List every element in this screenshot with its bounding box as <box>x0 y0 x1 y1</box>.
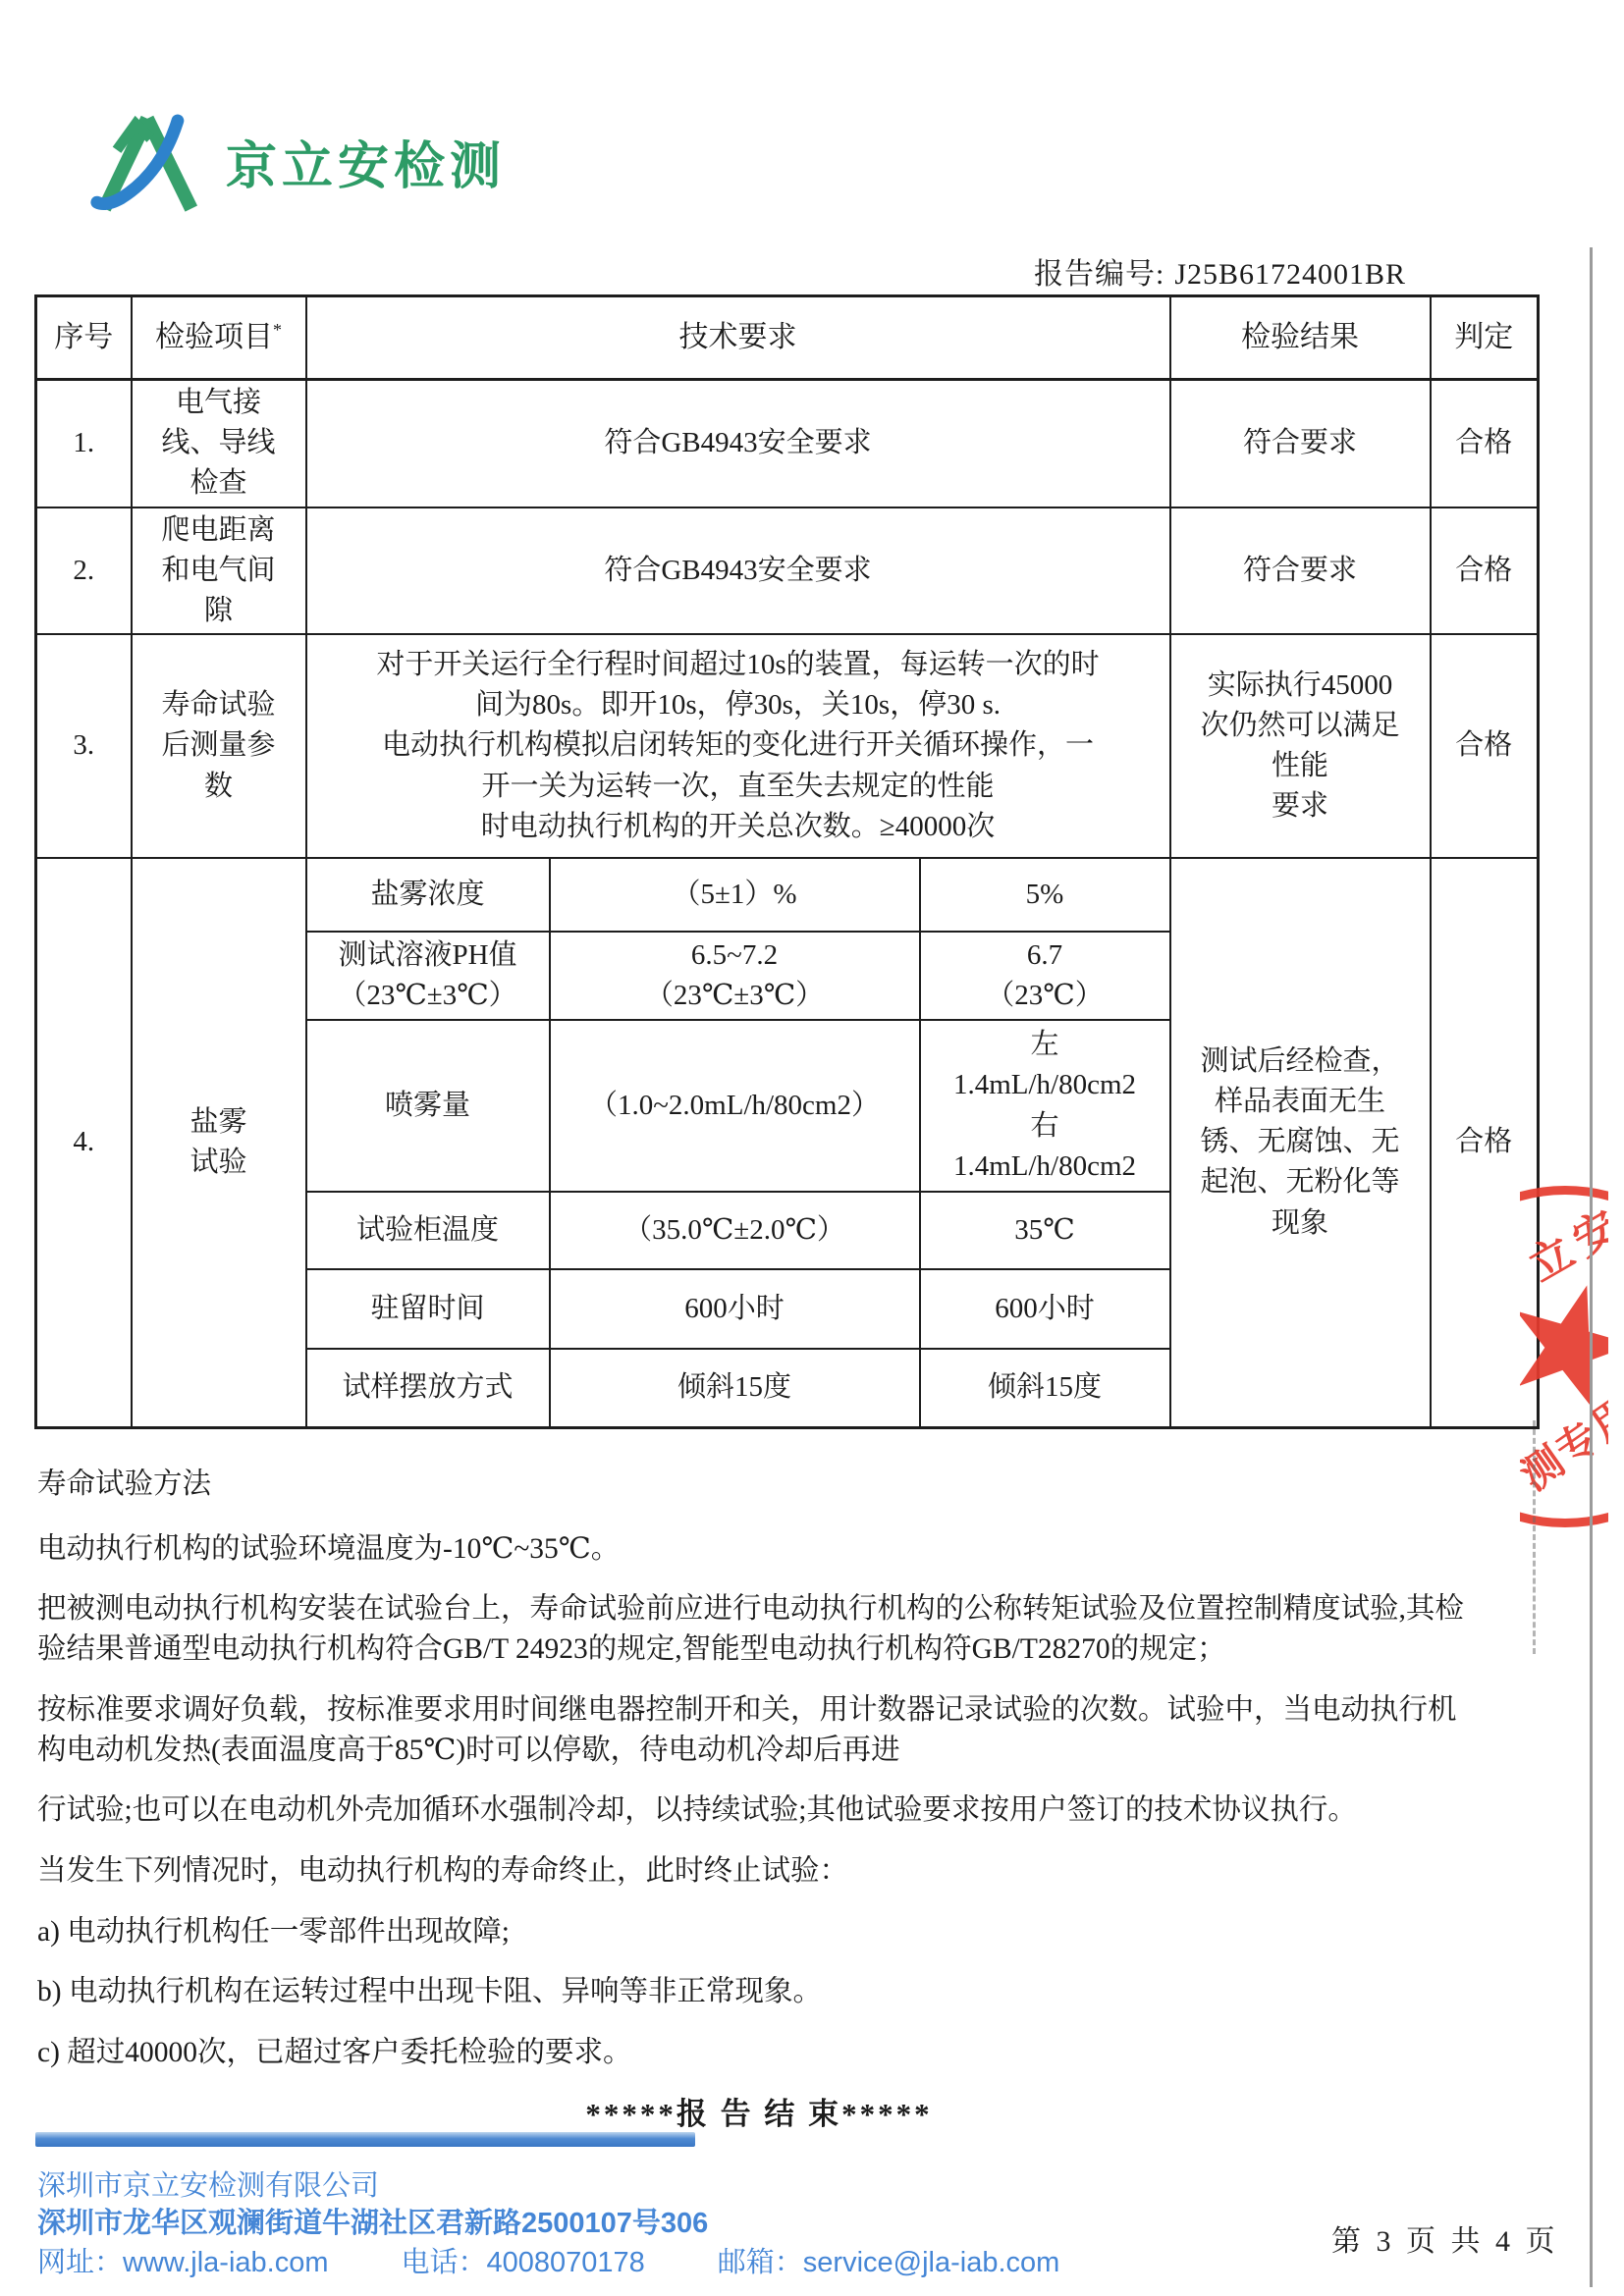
life-test-method-notes: 寿命试验方法 电动执行机构的试验环境温度为-10℃~35℃。 把被测电动执行机构… <box>37 1465 1481 2136</box>
scan-fold-line <box>1533 1420 1536 1654</box>
results-table: 序号 检验项目* 技术要求 检验结果 判定 1. 电气接 线、导线 检查 符合G… <box>34 294 1540 1429</box>
footer-contacts: 网址：www.jla-iab.com 电话：4008070178 邮箱：serv… <box>37 2240 1059 2280</box>
cell-seq: 1. <box>36 380 132 507</box>
footer-company-name: 深圳市京立安检测有限公司 <box>37 2163 379 2204</box>
report-number: 报告编号:J25B61724001BR <box>1034 249 1406 293</box>
report-end-marker: *****报 告 结 束***** <box>37 2094 1481 2136</box>
table-row: 1. 电气接 线、导线 检查 符合GB4943安全要求 符合要求 合格 <box>36 380 1539 507</box>
cell-verdict: 合格 <box>1431 507 1539 635</box>
footer-divider-bar <box>35 2132 695 2147</box>
cell-sub-requirement: 倾斜15度 <box>550 1349 920 1427</box>
table-row: 3. 寿命试验 后测量参 数 对于开关运行全行程时间超过10s的装置，每运转一次… <box>36 634 1539 858</box>
footer-phone: 电话：4008070178 <box>402 2240 645 2280</box>
notes-paragraph: 当发生下列情况时，电动执行机构的寿命终止，此时终止试验： <box>37 1851 1481 1892</box>
cell-sub-param: 盐雾浓度 <box>306 858 550 932</box>
cell-sub-requirement: （5±1）% <box>550 858 920 932</box>
report-number-label: 报告编号: <box>1034 258 1164 291</box>
page-number: 第 3 页 共 4 页 <box>1331 2216 1559 2260</box>
cell-sub-measured: 600小时 <box>920 1269 1170 1349</box>
cell-verdict: 合格 <box>1431 858 1539 1427</box>
cell-item: 盐雾 试验 <box>132 858 306 1427</box>
notes-paragraph: 行试验;也可以在电动机外壳加循环水强制冷却，以持续试验;其他试验要求按用户签订的… <box>37 1790 1481 1831</box>
cell-sub-param: 驻留时间 <box>306 1269 550 1349</box>
cell-requirement: 符合GB4943安全要求 <box>306 507 1170 635</box>
notes-paragraph: 把被测电动执行机构安装在试验台上，寿命试验前应进行电动执行机构的公称转矩试验及位… <box>37 1589 1481 1669</box>
cell-item: 寿命试验 后测量参 数 <box>132 634 306 858</box>
report-page: 京立安检测 报告编号:J25B61724001BR 序号 检验项目* 技术要求 … <box>0 0 1624 2296</box>
notes-title: 寿命试验方法 <box>37 1465 1481 1505</box>
cell-sub-requirement: 6.5~7.2 （23℃±3℃） <box>550 932 920 1020</box>
cell-seq: 4. <box>36 858 132 1427</box>
cell-sub-requirement: 600小时 <box>550 1269 920 1349</box>
cell-sub-requirement: （1.0~2.0mL/h/80cm2） <box>550 1020 920 1192</box>
cell-sub-param: 喷雾量 <box>306 1020 550 1192</box>
company-logo: 京立安检测 <box>88 106 506 216</box>
footer-website: 网址：www.jla-iab.com <box>37 2240 329 2280</box>
cell-seq: 3. <box>36 634 132 858</box>
col-header-verdict: 判定 <box>1431 296 1539 380</box>
cell-item: 爬电距离 和电气间 隙 <box>132 507 306 635</box>
col-header-requirement: 技术要求 <box>306 296 1170 380</box>
col-header-item: 检验项目* <box>132 296 306 380</box>
cell-requirement: 符合GB4943安全要求 <box>306 380 1170 507</box>
cell-requirement: 对于开关运行全行程时间超过10s的装置，每运转一次的时 间为80s。即开10s，… <box>306 634 1170 858</box>
notes-paragraph: c) 超过40000次，已超过客户委托检验的要求。 <box>37 2033 1481 2073</box>
cell-result: 符合要求 <box>1170 380 1431 507</box>
item-footnote-mark: * <box>273 320 282 340</box>
cell-sub-measured: 5% <box>920 858 1170 932</box>
notes-paragraph: 电动执行机构的试验环境温度为-10℃~35℃。 <box>37 1529 1481 1570</box>
col-header-seq: 序号 <box>36 296 132 380</box>
report-number-value: J25B61724001BR <box>1174 258 1406 291</box>
cell-seq: 2. <box>36 507 132 635</box>
cell-verdict: 合格 <box>1431 380 1539 507</box>
cell-sub-param: 试验柜温度 <box>306 1192 550 1269</box>
table-row: 2. 爬电距离 和电气间 隙 符合GB4943安全要求 符合要求 合格 <box>36 507 1539 635</box>
cell-sub-measured: 35℃ <box>920 1192 1170 1269</box>
cell-result: 实际执行45000 次仍然可以满足 性能 要求 <box>1170 634 1431 858</box>
table-row: 4. 盐雾 试验 盐雾浓度 （5±1）% 5% 测试后经检查， 样品表面无生 锈… <box>36 858 1539 932</box>
cell-sub-measured: 左 1.4mL/h/80cm2 右 1.4mL/h/80cm2 <box>920 1020 1170 1192</box>
cell-verdict: 合格 <box>1431 634 1539 858</box>
cell-sub-measured: 6.7 （23℃） <box>920 932 1170 1020</box>
cell-result: 测试后经检查， 样品表面无生 锈、无腐蚀、无 起泡、无粉化等 现象 <box>1170 858 1431 1427</box>
notes-paragraph: b) 电动执行机构在运转过程中出现卡阻、异响等非正常现象。 <box>37 1972 1481 2012</box>
notes-paragraph: a) 电动执行机构任一零部件出现故障; <box>37 1912 1481 1952</box>
notes-paragraph: 按标准要求调好负载，按标准要求用时间继电器控制开和关，用计数器记录试验的次数。试… <box>37 1690 1481 1770</box>
footer-email: 邮箱：service@jla-iab.com <box>718 2240 1060 2280</box>
cell-result: 符合要求 <box>1170 507 1431 635</box>
cell-sub-requirement: （35.0℃±2.0℃） <box>550 1192 920 1269</box>
cell-item: 电气接 线、导线 检查 <box>132 380 306 507</box>
col-header-result: 检验结果 <box>1170 296 1431 380</box>
footer-address: 深圳市龙华区观澜街道牛湖社区君新路2500107号306 <box>37 2201 708 2241</box>
logo-mark-icon <box>88 106 206 216</box>
cell-sub-param: 测试溶液PH值 （23℃±3℃） <box>306 932 550 1020</box>
cell-sub-measured: 倾斜15度 <box>920 1349 1170 1427</box>
logo-text: 京立安检测 <box>226 125 506 198</box>
cell-sub-param: 试样摆放方式 <box>306 1349 550 1427</box>
scan-edge-line <box>1590 247 1593 2287</box>
